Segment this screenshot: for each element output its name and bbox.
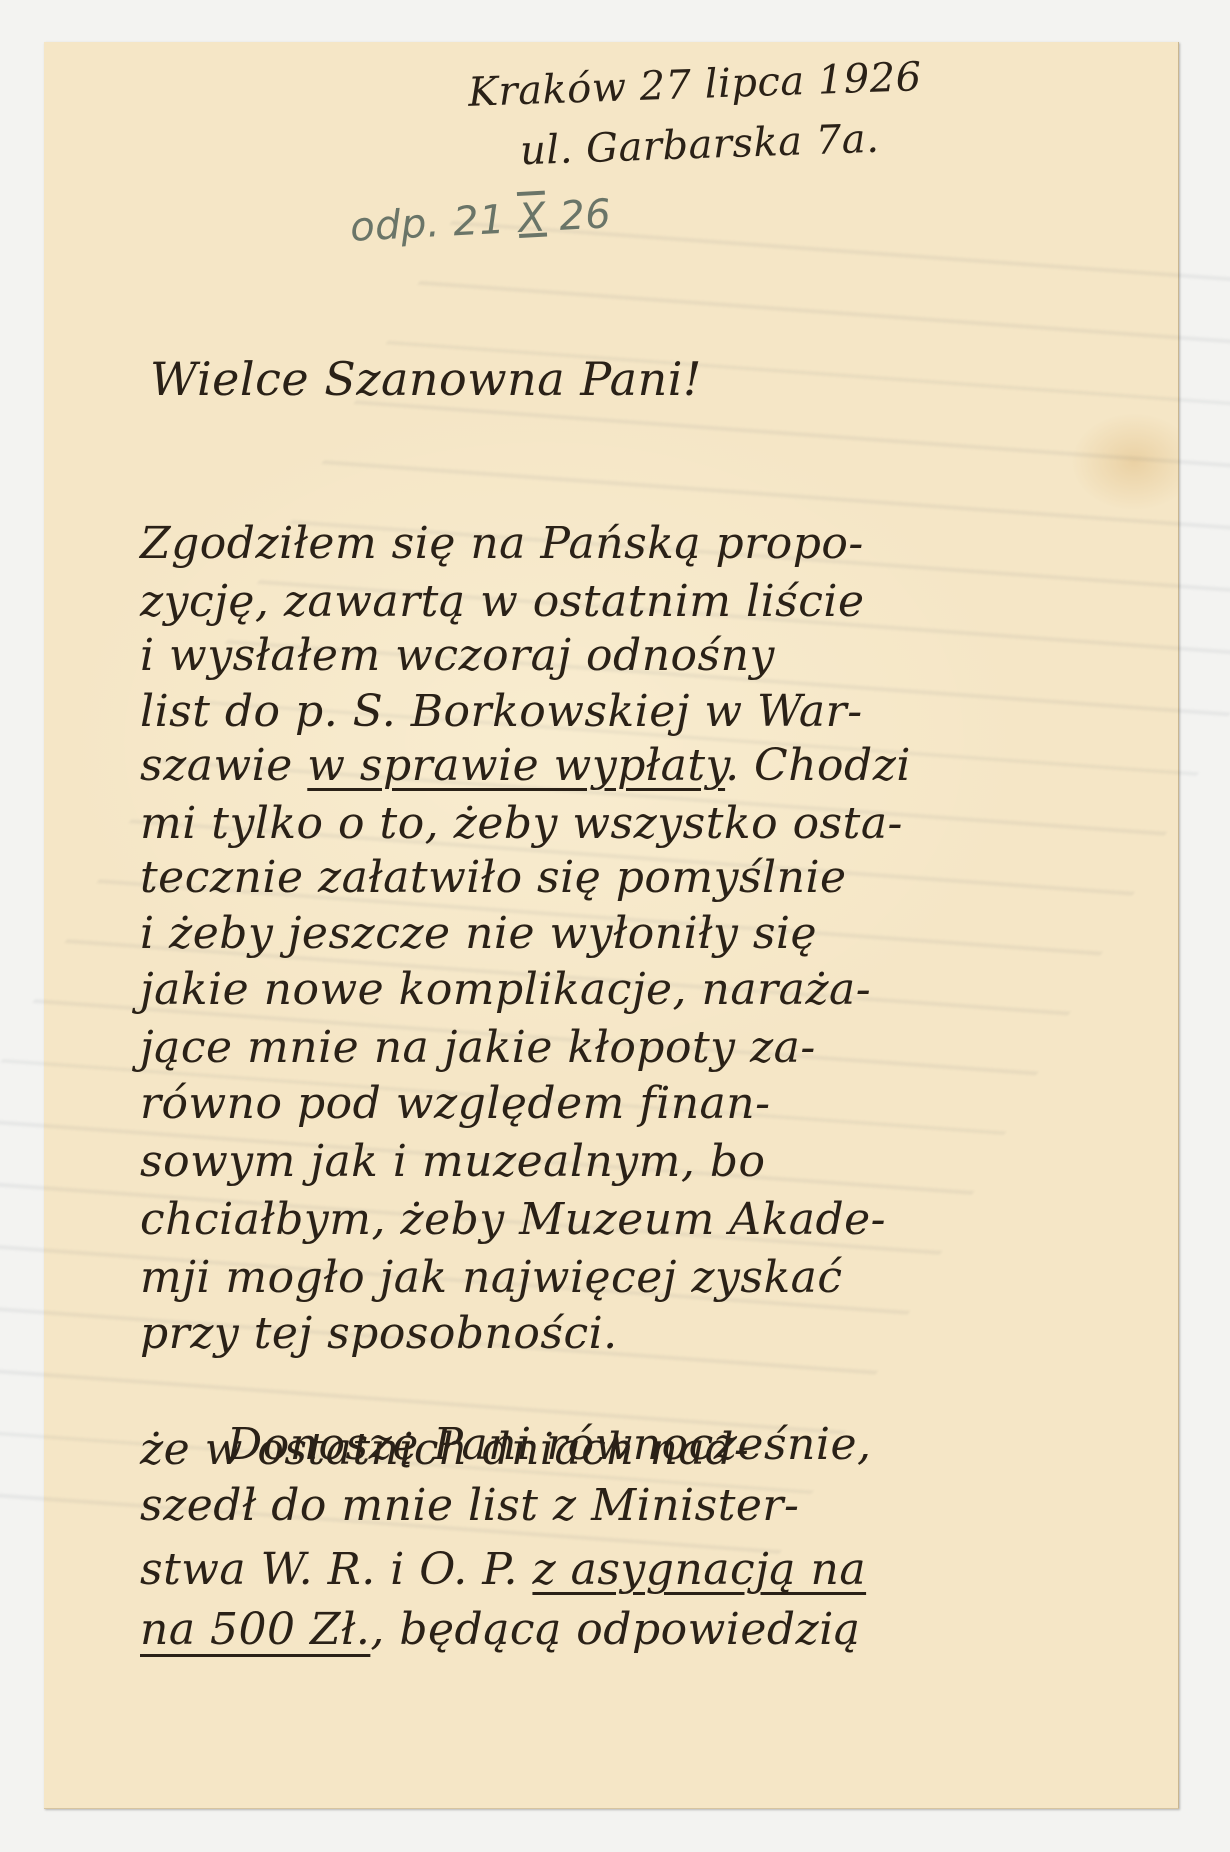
text: stwa W. R. i O. P. — [140, 1544, 532, 1595]
text: równo pod względem finan- — [140, 1078, 770, 1129]
body-line: mji mogło jak najwięcej zyskać — [140, 1252, 843, 1303]
text: . Chodzi — [725, 740, 911, 791]
text: przy tej sposobności. — [140, 1308, 618, 1359]
text: , będącą odpowiedzią — [370, 1604, 860, 1655]
body-line: przy tej sposobności. — [140, 1308, 618, 1359]
body-line: zycję, zawartą w ostatnim liście — [140, 576, 865, 627]
text: szedł do mnie list z Minister- — [140, 1480, 799, 1531]
body-line: Zgodziłem się na Pańską propo- — [140, 518, 864, 569]
text: że w ostatnich dniach nad- — [140, 1424, 749, 1475]
body-line: i wysłałem wczoraj odnośny — [140, 630, 775, 681]
salutation: Wielce Szanowna Pani! — [150, 352, 702, 406]
body-line: szawie w sprawie wypłaty. Chodzi — [140, 740, 911, 791]
text: i żeby jeszcze nie wyłoniły się — [140, 908, 817, 959]
body-line: chciałbym, żeby Muzeum Akade- — [140, 1194, 886, 1245]
body-line: stwa W. R. i O. P. z asygnacją na — [140, 1544, 866, 1595]
underlined-text: z asygnacją na — [532, 1544, 866, 1595]
annotation-year: 26 — [558, 191, 612, 240]
body-line: jące mnie na jakie kłopoty za- — [140, 1022, 816, 1073]
text: mi tylko o to, żeby wszystko osta- — [140, 798, 903, 849]
body-line: mi tylko o to, żeby wszystko osta- — [140, 798, 903, 849]
text: chciałbym, żeby Muzeum Akade- — [140, 1194, 886, 1245]
underlined-amount: na 500 Zł. — [140, 1604, 370, 1655]
text: mji mogło jak najwięcej zyskać — [140, 1252, 843, 1303]
underlined-text: w sprawie wypłaty — [307, 740, 725, 791]
text: Zgodziłem się na Pańską propo- — [140, 518, 864, 569]
body-line: sowym jak i muzealnym, bo — [140, 1136, 766, 1187]
body-line: list do p. S. Borkowskiej w War- — [140, 686, 863, 737]
text: jakie nowe komplikacje, naraża- — [140, 964, 871, 1015]
annotation-month: X — [517, 195, 547, 242]
text: jące mnie na jakie kłopoty za- — [140, 1022, 816, 1073]
body-line: i żeby jeszcze nie wyłoniły się — [140, 908, 817, 959]
body-line: szedł do mnie list z Minister- — [140, 1480, 799, 1531]
body-line: równo pod względem finan- — [140, 1078, 770, 1129]
text: i wysłałem wczoraj odnośny — [140, 630, 775, 681]
body-line: tecznie załatwiło się pomyślnie — [140, 852, 847, 903]
body-line: że w ostatnich dniach nad- — [140, 1424, 749, 1475]
text: szawie — [140, 740, 307, 791]
text: tecznie załatwiło się pomyślnie — [140, 852, 847, 903]
text: sowym jak i muzealnym, bo — [140, 1136, 766, 1187]
body-line: jakie nowe komplikacje, naraża- — [140, 964, 871, 1015]
body-line: na 500 Zł., będącą odpowiedzią — [140, 1604, 861, 1655]
text: zycję, zawartą w ostatnim liście — [140, 576, 865, 627]
annotation-prefix: odp. 21 — [349, 197, 506, 251]
text: list do p. S. Borkowskiej w War- — [140, 686, 863, 737]
